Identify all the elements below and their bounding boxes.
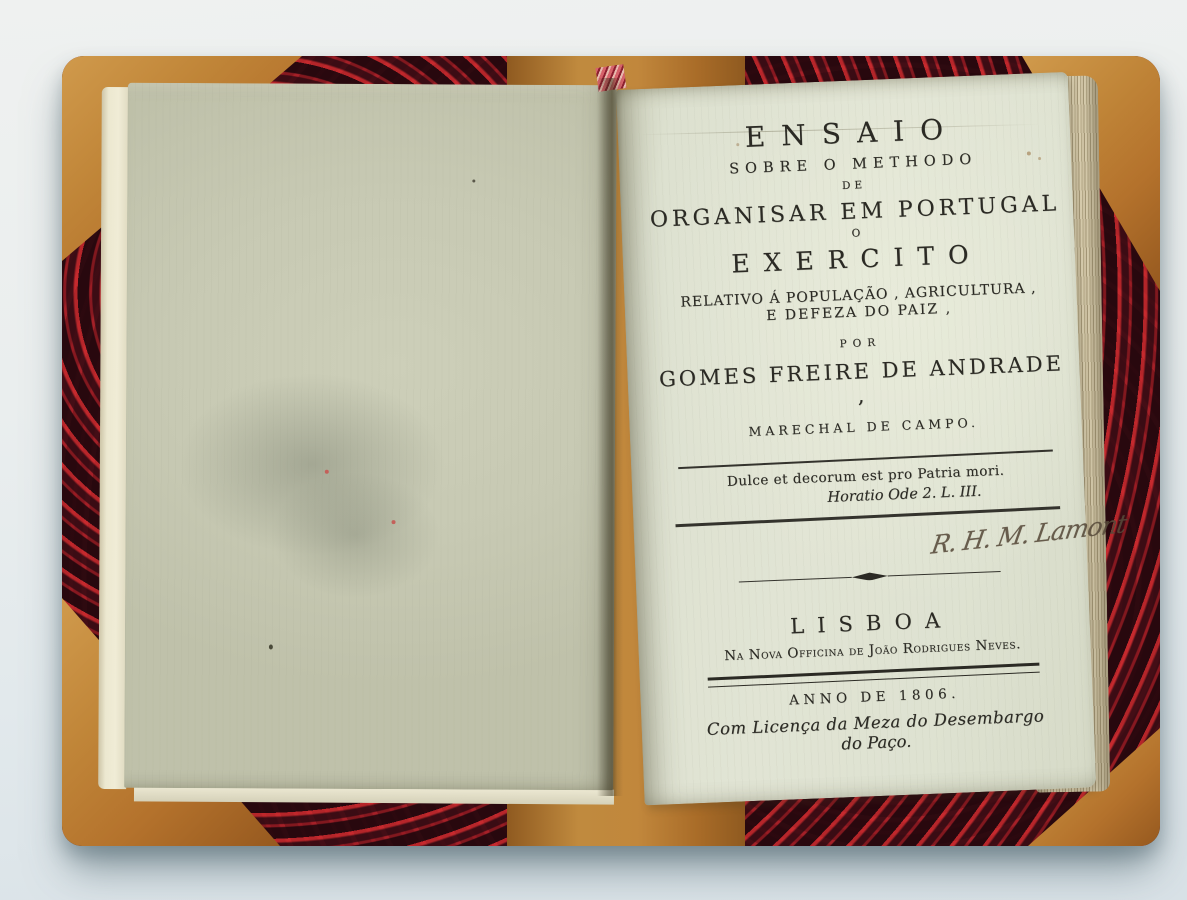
red-speck — [325, 470, 329, 474]
main-title: ENSAIO — [642, 110, 1063, 156]
diamond-rule-ornament — [739, 567, 1001, 587]
diamond-ornament — [852, 572, 888, 581]
author-title: MARECHAL DE CAMPO. — [654, 411, 1074, 443]
title-page-text: ENSAIO SOBRE O METHODO DE ORGANISAR EM P… — [616, 72, 1096, 806]
dark-speck — [269, 644, 273, 649]
left-blank-page — [124, 83, 617, 791]
diamond-rule-line-right — [888, 571, 1001, 577]
title-page: ENSAIO SOBRE O METHODO DE ORGANISAR EM P… — [616, 72, 1096, 806]
red-speck — [392, 520, 396, 524]
handwritten-signature: R. H. M. Lamont — [929, 509, 1128, 560]
book-photo: ENSAIO SOBRE O METHODO DE ORGANISAR EM P… — [0, 0, 1187, 900]
author-name: GOMES FREIRE DE ANDRADE , — [651, 351, 1073, 416]
marbled-edge-peek — [595, 64, 626, 92]
dark-speck — [472, 180, 475, 183]
diamond-rule-line-left — [739, 577, 852, 583]
